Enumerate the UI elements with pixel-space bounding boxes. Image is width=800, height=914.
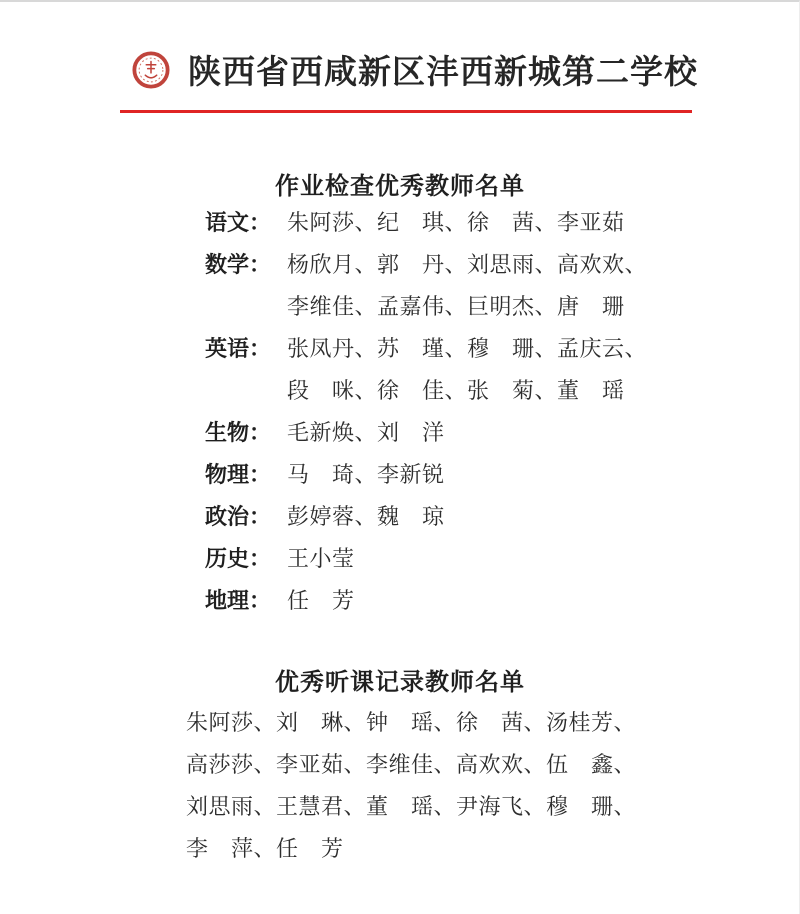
- teacher-names-line: 王小莹: [287, 538, 355, 580]
- subject-row-geography: 地理： 任 芳: [205, 580, 647, 622]
- subject-label: 物理：: [205, 454, 287, 496]
- subject-row-biology: 生物： 毛新焕、刘 洋: [205, 412, 647, 454]
- subject-row-history: 历史： 王小莹: [205, 538, 647, 580]
- teacher-names-line: 刘思雨、王慧君、董 瑶、尹海飞、穆 珊、: [186, 786, 636, 828]
- teacher-names-line: 毛新焕、刘 洋: [287, 412, 445, 454]
- teacher-names-line: 李维佳、孟嘉伟、巨明杰、唐 珊: [287, 286, 647, 328]
- teacher-names: 任 芳: [287, 580, 355, 622]
- teacher-names: 朱阿莎、纪 琪、徐 茜、李亚茹: [287, 202, 625, 244]
- homework-rows: 语文： 朱阿莎、纪 琪、徐 茜、李亚茹 数学： 杨欣月、郭 丹、刘思雨、高欢欢、…: [205, 202, 647, 622]
- teacher-names: 杨欣月、郭 丹、刘思雨、高欢欢、 李维佳、孟嘉伟、巨明杰、唐 珊: [287, 244, 647, 328]
- listening-list: 朱阿莎、刘 琳、钟 瑶、徐 茜、汤桂芳、 高莎莎、李亚茹、李维佳、高欢欢、伍 鑫…: [186, 702, 636, 870]
- subject-label: 政治：: [205, 496, 287, 538]
- subject-label: 历史：: [205, 538, 287, 580]
- teacher-names: 彭婷蓉、魏 琼: [287, 496, 445, 538]
- teacher-names: 马 琦、李新锐: [287, 454, 445, 496]
- subject-row-physics: 物理： 马 琦、李新锐: [205, 454, 647, 496]
- teacher-names-line: 彭婷蓉、魏 琼: [287, 496, 445, 538]
- teacher-names: 王小莹: [287, 538, 355, 580]
- teacher-names-line: 朱阿莎、刘 琳、钟 瑶、徐 茜、汤桂芳、: [186, 702, 636, 744]
- listening-section-title: 优秀听课记录教师名单: [0, 662, 800, 697]
- teacher-names-line: 杨欣月、郭 丹、刘思雨、高欢欢、: [287, 244, 647, 286]
- teacher-names-line: 段 咪、徐 佳、张 菊、董 瑶: [287, 370, 647, 412]
- school-seal-icon: [132, 51, 170, 89]
- teacher-names: 张凤丹、苏 瑾、穆 珊、孟庆云、 段 咪、徐 佳、张 菊、董 瑶: [287, 328, 647, 412]
- document-header: 陕西省西咸新区沣西新城第二学校: [132, 46, 698, 93]
- teacher-names-line: 高莎莎、李亚茹、李维佳、高欢欢、伍 鑫、: [186, 744, 636, 786]
- subject-row-math: 数学： 杨欣月、郭 丹、刘思雨、高欢欢、 李维佳、孟嘉伟、巨明杰、唐 珊: [205, 244, 647, 328]
- subject-label: 英语：: [205, 328, 287, 370]
- subject-row-politics: 政治： 彭婷蓉、魏 琼: [205, 496, 647, 538]
- teacher-names: 毛新焕、刘 洋: [287, 412, 445, 454]
- homework-section-title: 作业检查优秀教师名单: [0, 166, 800, 201]
- subject-row-chinese: 语文： 朱阿莎、纪 琪、徐 茜、李亚茹: [205, 202, 647, 244]
- teacher-names-line: 马 琦、李新锐: [287, 454, 445, 496]
- teacher-names-line: 朱阿莎、纪 琪、徐 茜、李亚茹: [287, 202, 625, 244]
- teacher-names-line: 张凤丹、苏 瑾、穆 珊、孟庆云、: [287, 328, 647, 370]
- teacher-names-line: 任 芳: [287, 580, 355, 622]
- subject-label: 语文：: [205, 202, 287, 244]
- subject-label: 地理：: [205, 580, 287, 622]
- subject-label: 数学：: [205, 244, 287, 286]
- teacher-names-line: 李 萍、任 芳: [186, 828, 636, 870]
- school-name: 陕西省西咸新区沣西新城第二学校: [188, 46, 698, 93]
- red-divider-line: [120, 110, 692, 113]
- subject-label: 生物：: [205, 412, 287, 454]
- document-page: 陕西省西咸新区沣西新城第二学校 作业检查优秀教师名单 语文： 朱阿莎、纪 琪、徐…: [0, 0, 800, 914]
- subject-row-english: 英语： 张凤丹、苏 瑾、穆 珊、孟庆云、 段 咪、徐 佳、张 菊、董 瑶: [205, 328, 647, 412]
